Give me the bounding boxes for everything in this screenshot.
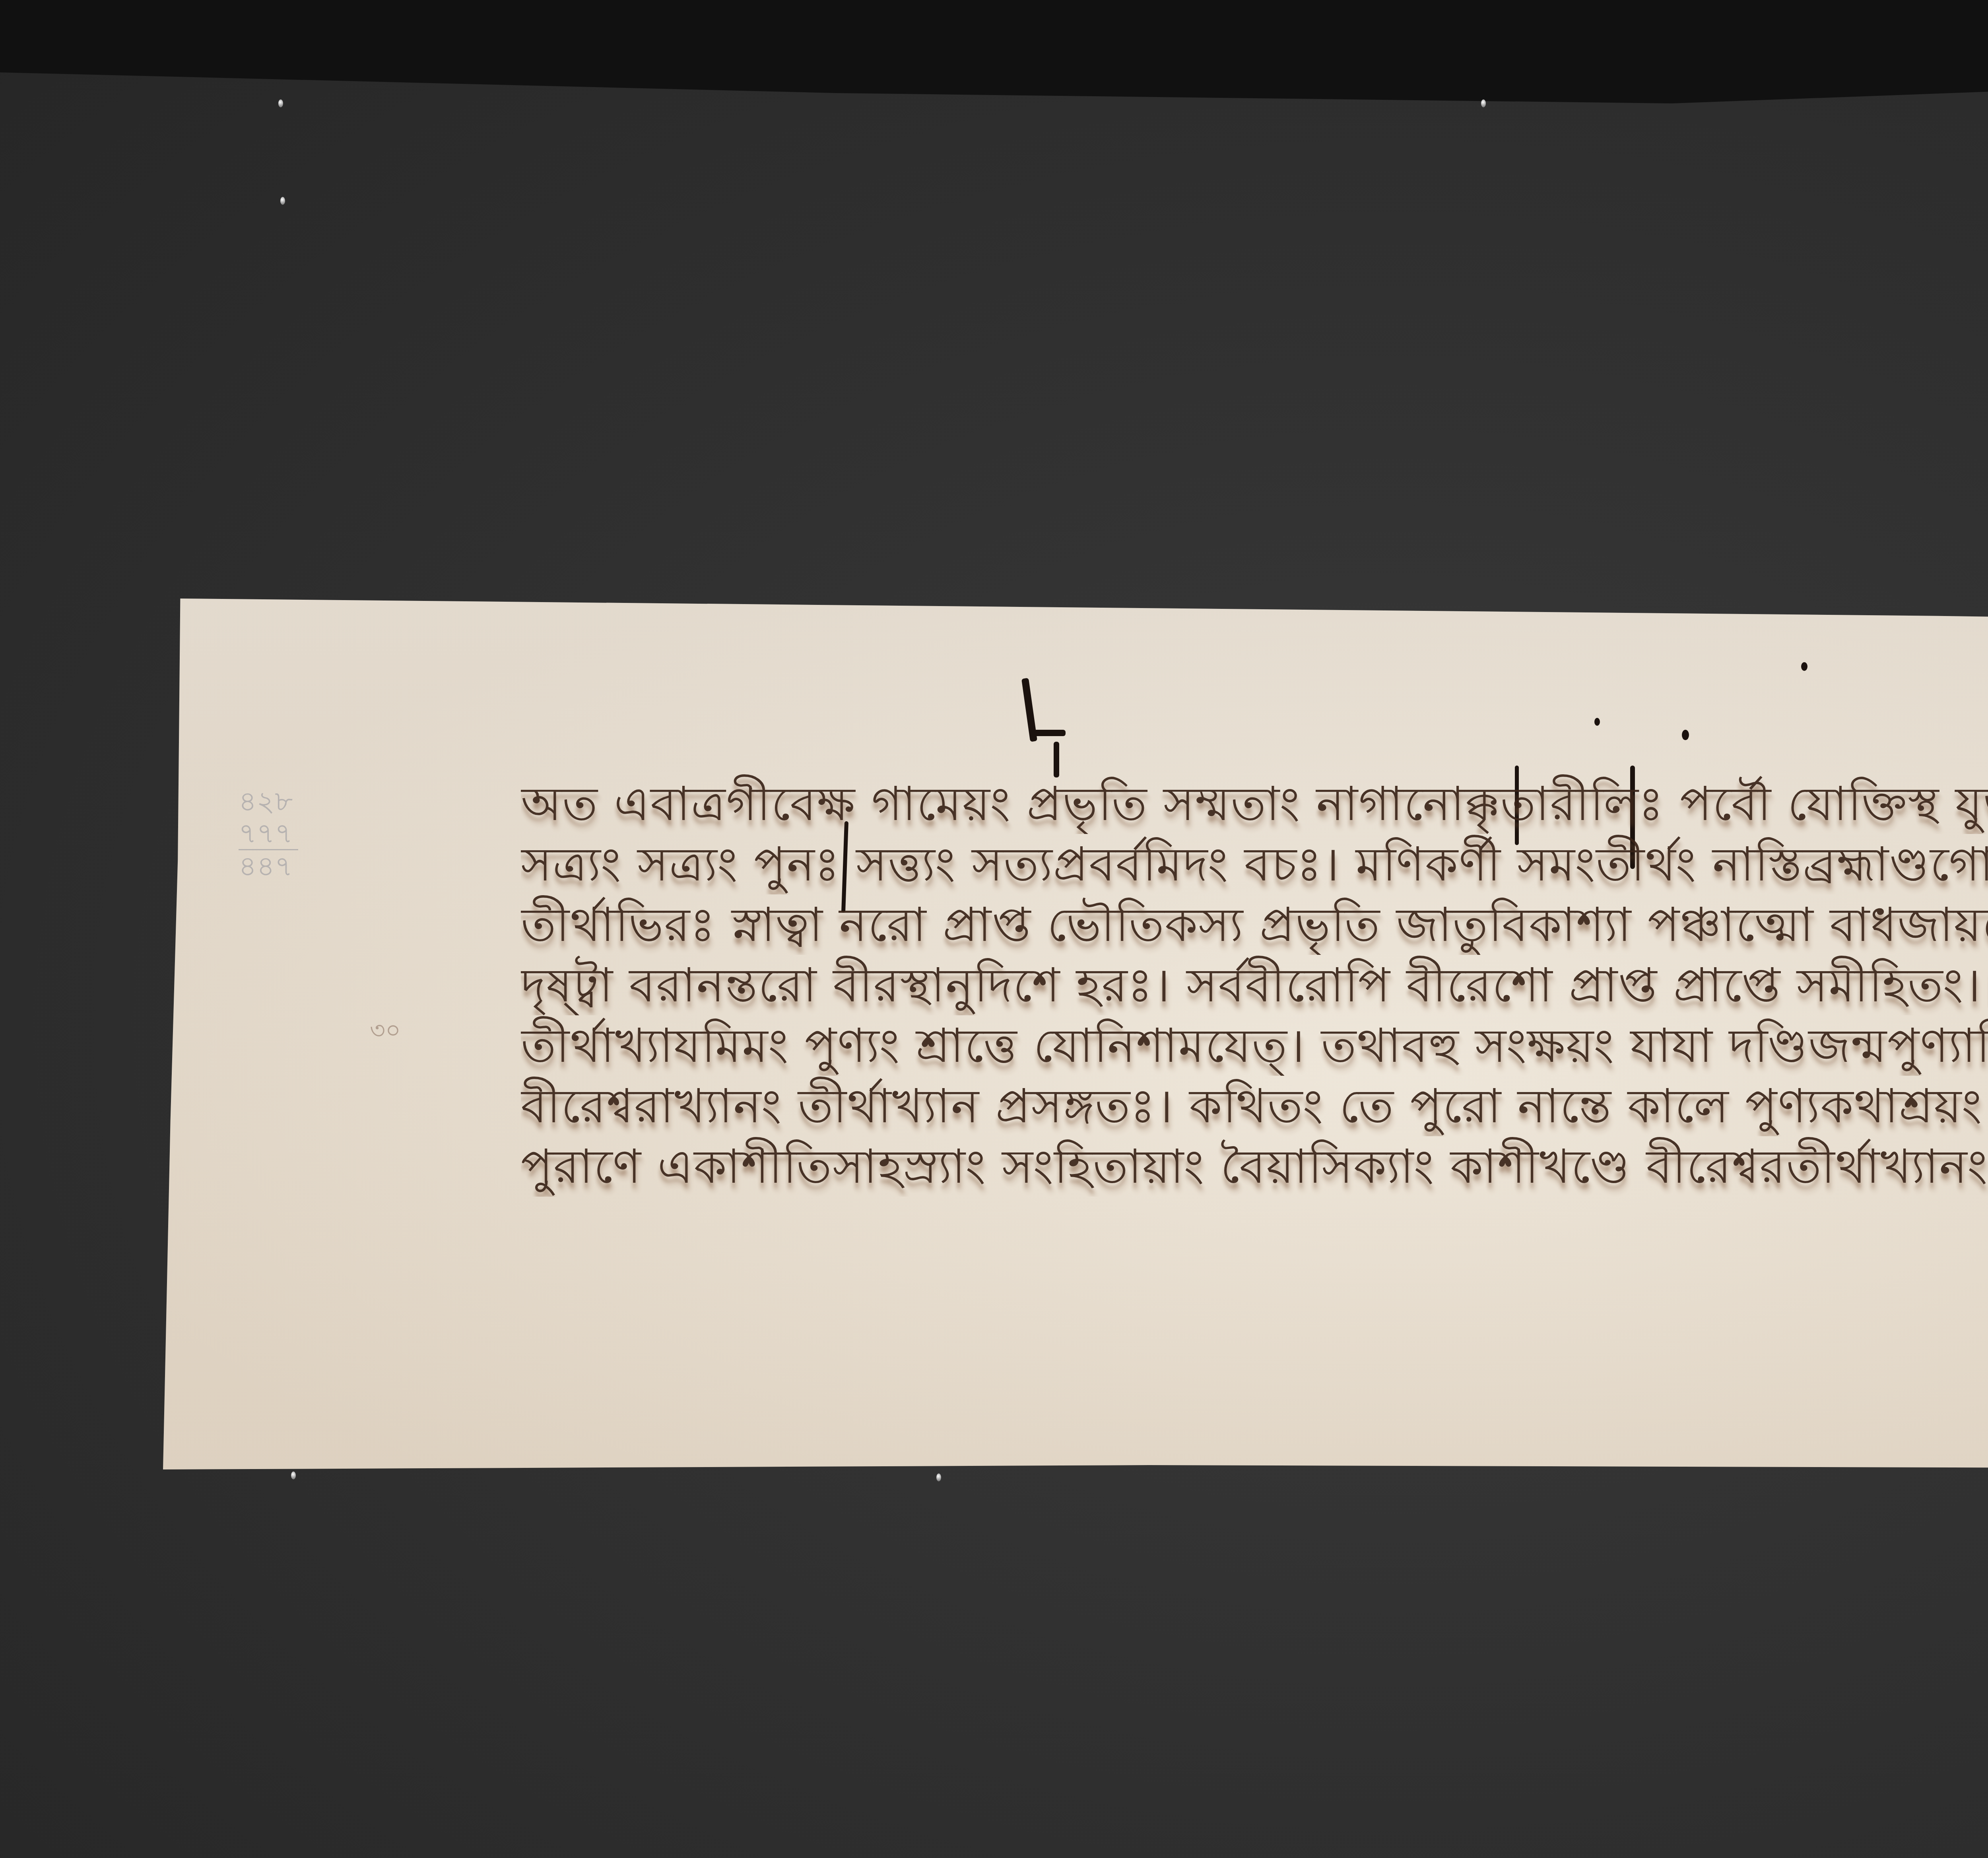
ink-spot: [1682, 730, 1689, 740]
pin: [291, 1471, 296, 1479]
text-line-4: দৃষ্ট্বা বরানন্তরো বীরস্থানুদিশে হরঃ। সর…: [521, 955, 1988, 1015]
left-margin-mark: ৩০: [370, 1012, 401, 1052]
text-line-6: বীরেশ্বরাখ্যানং তীর্থাখ্যান প্রসঙ্গতঃ। ক…: [521, 1076, 1988, 1136]
pin: [278, 99, 283, 107]
pin: [280, 197, 285, 205]
text-line-1: অত এবাত্রগীবেক্ষ গামেয়ং প্রভৃতি সম্মতাং…: [521, 774, 1988, 834]
text-line-5: তীর্থাখ্যাযমিমং পুণ্যং শ্রাত্তে যোনিশাময…: [521, 1015, 1988, 1076]
ink-correction-stroke: [1054, 742, 1059, 777]
pin: [1481, 99, 1486, 107]
ink-spot: [1801, 662, 1807, 671]
manuscript-text: অত এবাত্রগীবেক্ষ গামেয়ং প্রভৃতি সম্মতাং…: [521, 774, 1988, 1197]
ink-correction-stroke: [1034, 730, 1066, 736]
ink-spot: [1594, 718, 1600, 726]
text-line-2: সত্র্যং সত্র্যং পুনঃ সত্ত্যং সত্যপ্রবর্ব…: [521, 834, 1988, 894]
manuscript-leaf: ৪২৮ ৭৭৭ ৪৪৭ ৩০ ৯৭ + অত এবাত্রগীবেক্ষ গাম…: [163, 599, 1988, 1469]
text-line-3: তীর্থাভিরঃ স্নাত্বা নরো প্রাপ্ত ভৌতিকস্য…: [521, 894, 1988, 955]
pin: [936, 1473, 941, 1481]
text-line-7: পুরাণে একাশীতিসাহস্র্যাং সংহিতায়াং বৈয়…: [521, 1136, 1988, 1197]
margin-pencil-note: ৪২৮ ৭৭৭ ৪৪৭: [239, 785, 298, 882]
